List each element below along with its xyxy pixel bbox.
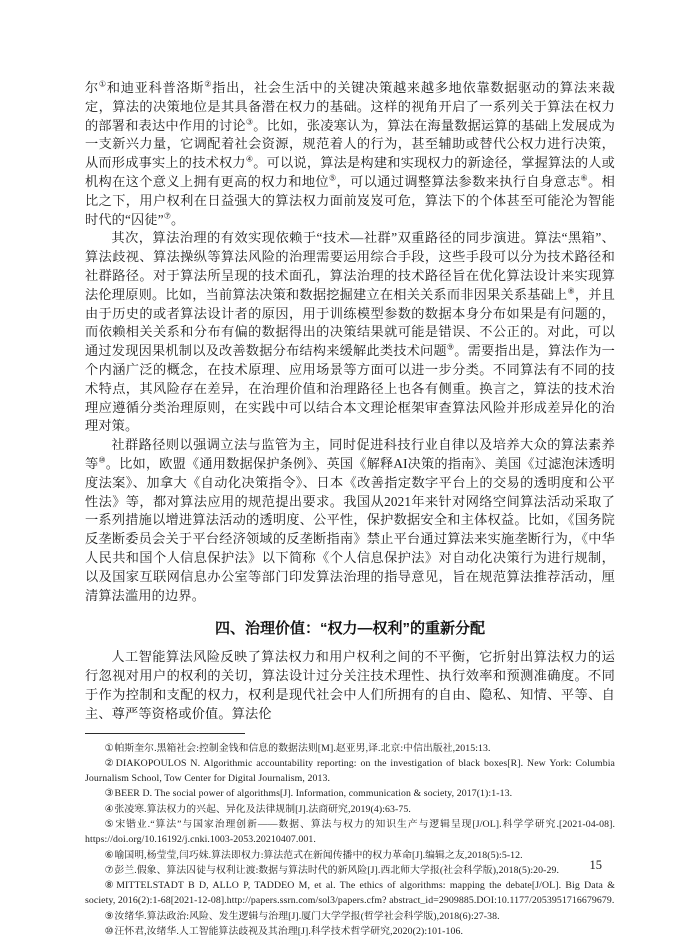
- body-paragraph-continuation: 尔①和迪亚科普洛斯②指出，社会生活中的关键决策越来越多地依靠数据驱动的算法来裁定…: [85, 79, 615, 229]
- footnote-text: MITTELSTADT B D, ALLO P, TADDEO M, et al…: [85, 880, 615, 906]
- page-content: 尔①和迪亚科普洛斯②指出，社会生活中的关键决策越来越多地依靠数据驱动的算法来裁定…: [85, 79, 615, 939]
- footnote-text: BEER D. The social power of algorithms[J…: [114, 788, 512, 799]
- footnote-text: 张凌寒.算法权力的兴起、异化及法律规制[J].法商研究,2019(4):63-7…: [114, 804, 410, 815]
- footnote-text: 宋锴业.“算法”与国家治理创新——数据、算法与权力的知识生产与逻辑呈现[J/OL…: [85, 819, 615, 845]
- footnote-marker: ⑨: [105, 911, 114, 922]
- footnote-text: 喻国明,杨莹莹,闫巧妹.算法即权力:算法范式在新闻传播中的权力革命[J].编辑之…: [114, 850, 522, 861]
- footnotes-section: ①帕斯奎尔.黑箱社会:控制金钱和信息的数据法则[M].赵亚男,译.北京:中信出版…: [85, 741, 615, 940]
- footnote-marker: ②: [105, 758, 115, 769]
- footnote-text: DIAKOPOULOS N. Algorithmic accountabilit…: [85, 758, 615, 784]
- footnote-text: 汪怀君,汝绪华.人工智能算法歧视及其治理[J].科学技术哲学研究,2020(2)…: [114, 926, 463, 937]
- page-number: 15: [590, 858, 603, 873]
- footnote-item: ⑩汪怀君,汝绪华.人工智能算法歧视及其治理[J].科学技术哲学研究,2020(2…: [85, 924, 615, 939]
- footnote-marker: ⑩: [105, 926, 114, 937]
- footnote-item: ④张凌寒.算法权力的兴起、异化及法律规制[J].法商研究,2019(4):63-…: [85, 802, 615, 817]
- footnote-item: ⑤宋锴业.“算法”与国家治理创新——数据、算法与权力的知识生产与逻辑呈现[J/O…: [85, 817, 615, 848]
- body-paragraph-community-path: 社群路径则以强调立法与监管为主，同时促进科技行业自律以及培养大众的算法素养等⑩。…: [85, 436, 615, 605]
- footnote-marker: ④: [105, 804, 114, 815]
- footnote-marker: ③: [105, 788, 114, 799]
- footnote-separator: [85, 733, 245, 734]
- body-paragraph-technical-path: 其次，算法治理的有效实现依赖于“技术—社群”双重路径的同步演进。算法“黑箱”、算…: [85, 229, 615, 436]
- footnote-item: ⑥喻国明,杨莹莹,闫巧妹.算法即权力:算法范式在新闻传播中的权力革命[J].编辑…: [85, 848, 615, 863]
- footnote-marker: ⑦: [105, 865, 114, 876]
- paper-page: 尔①和迪亚科普洛斯②指出，社会生活中的关键决策越来越多地依靠数据驱动的算法来裁定…: [0, 0, 700, 943]
- footnote-item: ①帕斯奎尔.黑箱社会:控制金钱和信息的数据法则[M].赵亚男,译.北京:中信出版…: [85, 741, 615, 756]
- footnote-item: ⑧MITTELSTADT B D, ALLO P, TADDEO M, et a…: [85, 878, 615, 909]
- footnote-marker: ⑧: [105, 880, 116, 891]
- body-paragraph-governance-value: 人工智能算法风险反映了算法权力和用户权利之间的不平衡，它折射出算法权力的运行忽视…: [85, 648, 615, 723]
- footnote-text: 汝绪华.算法政治:风险、发生逻辑与治理[J].厦门大学学报(哲学社会科学版),2…: [114, 911, 499, 922]
- footnote-text: 彭兰.假象、算法囚徒与权利让渡:数据与算法时代的新风险[J].西北师大学报(社会…: [114, 865, 559, 876]
- footnote-item: ⑦彭兰.假象、算法囚徒与权利让渡:数据与算法时代的新风险[J].西北师大学报(社…: [85, 863, 615, 878]
- footnote-text: 帕斯奎尔.黑箱社会:控制金钱和信息的数据法则[M].赵亚男,译.北京:中信出版社…: [114, 743, 490, 754]
- footnote-item: ⑨汝绪华.算法政治:风险、发生逻辑与治理[J].厦门大学学报(哲学社会科学版),…: [85, 909, 615, 924]
- footnote-marker: ⑥: [105, 850, 114, 861]
- footnote-marker: ⑤: [105, 819, 115, 830]
- footnote-marker: ①: [105, 743, 114, 754]
- footnote-item: ②DIAKOPOULOS N. Algorithmic accountabili…: [85, 756, 615, 787]
- section-heading: 四、治理价值：“权力—权利”的重新分配: [85, 619, 615, 638]
- footnote-item: ③BEER D. The social power of algorithms[…: [85, 786, 615, 801]
